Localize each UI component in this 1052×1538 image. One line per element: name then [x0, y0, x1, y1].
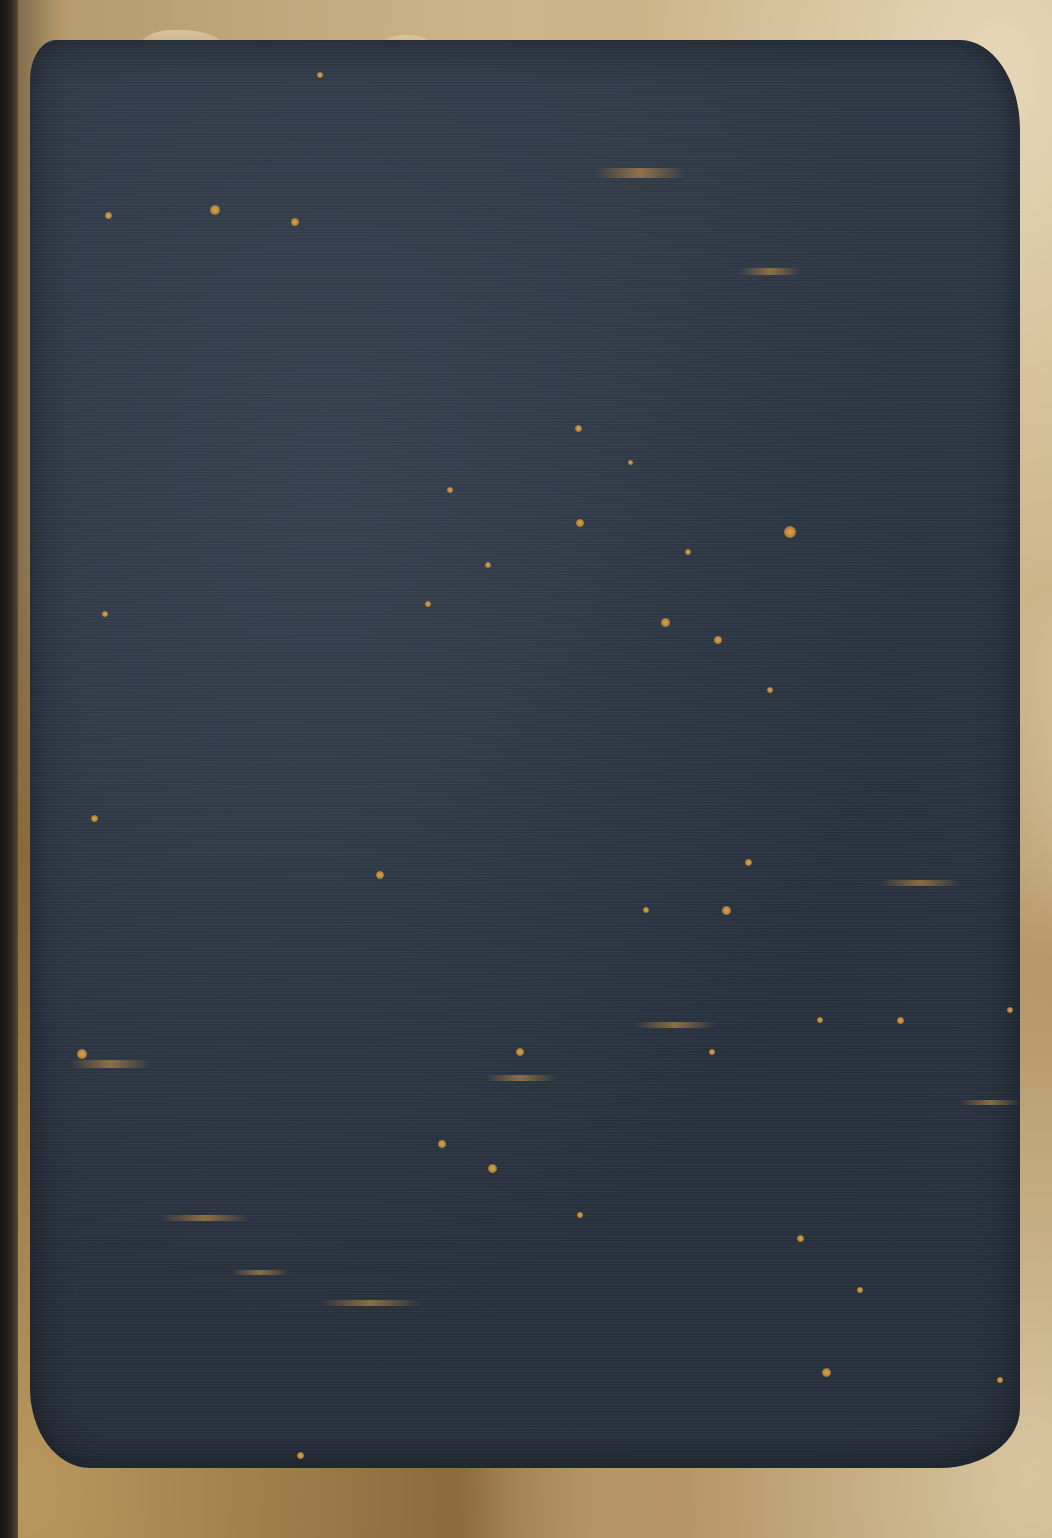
gold-fleck — [767, 687, 773, 693]
spine-strip — [0, 0, 18, 1538]
gold-fleck — [685, 549, 691, 555]
gold-fleck — [575, 425, 582, 432]
gold-fleck — [822, 1368, 831, 1377]
navy-cloth-surface — [30, 40, 1020, 1468]
wear-streak — [635, 1022, 715, 1028]
gold-fleck — [745, 859, 752, 866]
gold-fleck — [784, 526, 796, 538]
wear-streak — [960, 1100, 1020, 1105]
gold-fleck — [297, 1452, 304, 1459]
gold-fleck — [897, 1017, 904, 1024]
wear-streak — [320, 1300, 420, 1306]
gold-fleck — [797, 1235, 804, 1242]
gold-fleck — [77, 1049, 87, 1059]
wear-streak — [160, 1215, 250, 1221]
gold-fleck — [488, 1164, 497, 1173]
gold-fleck — [425, 601, 431, 607]
gold-fleck — [291, 218, 299, 226]
wear-streak — [485, 1075, 555, 1081]
gold-fleck — [1007, 1007, 1013, 1013]
gold-fleck — [447, 487, 453, 493]
gold-fleck — [714, 636, 722, 644]
gold-fleck — [210, 205, 220, 215]
gold-fleck — [997, 1377, 1003, 1383]
wear-streak — [230, 1270, 290, 1275]
gold-fleck — [709, 1049, 715, 1055]
gold-fleck — [661, 618, 670, 627]
wear-streak — [740, 268, 800, 275]
gold-fleck — [577, 1212, 583, 1218]
gold-fleck — [438, 1140, 446, 1148]
gold-fleck — [376, 871, 384, 879]
gold-fleck — [817, 1017, 823, 1023]
gold-fleck — [516, 1048, 524, 1056]
gold-fleck — [102, 611, 108, 617]
gold-fleck — [105, 212, 112, 219]
wear-streak — [70, 1060, 150, 1068]
gold-fleck — [485, 562, 491, 568]
gold-fleck — [722, 906, 731, 915]
wear-streak — [595, 168, 685, 178]
gold-fleck — [628, 460, 633, 465]
gold-fleck — [91, 815, 98, 822]
wear-streak — [880, 880, 960, 886]
gold-fleck — [317, 72, 323, 78]
gold-fleck — [857, 1287, 863, 1293]
gold-fleck — [576, 519, 584, 527]
book-cover-photo — [0, 0, 1052, 1538]
gold-fleck — [643, 907, 649, 913]
